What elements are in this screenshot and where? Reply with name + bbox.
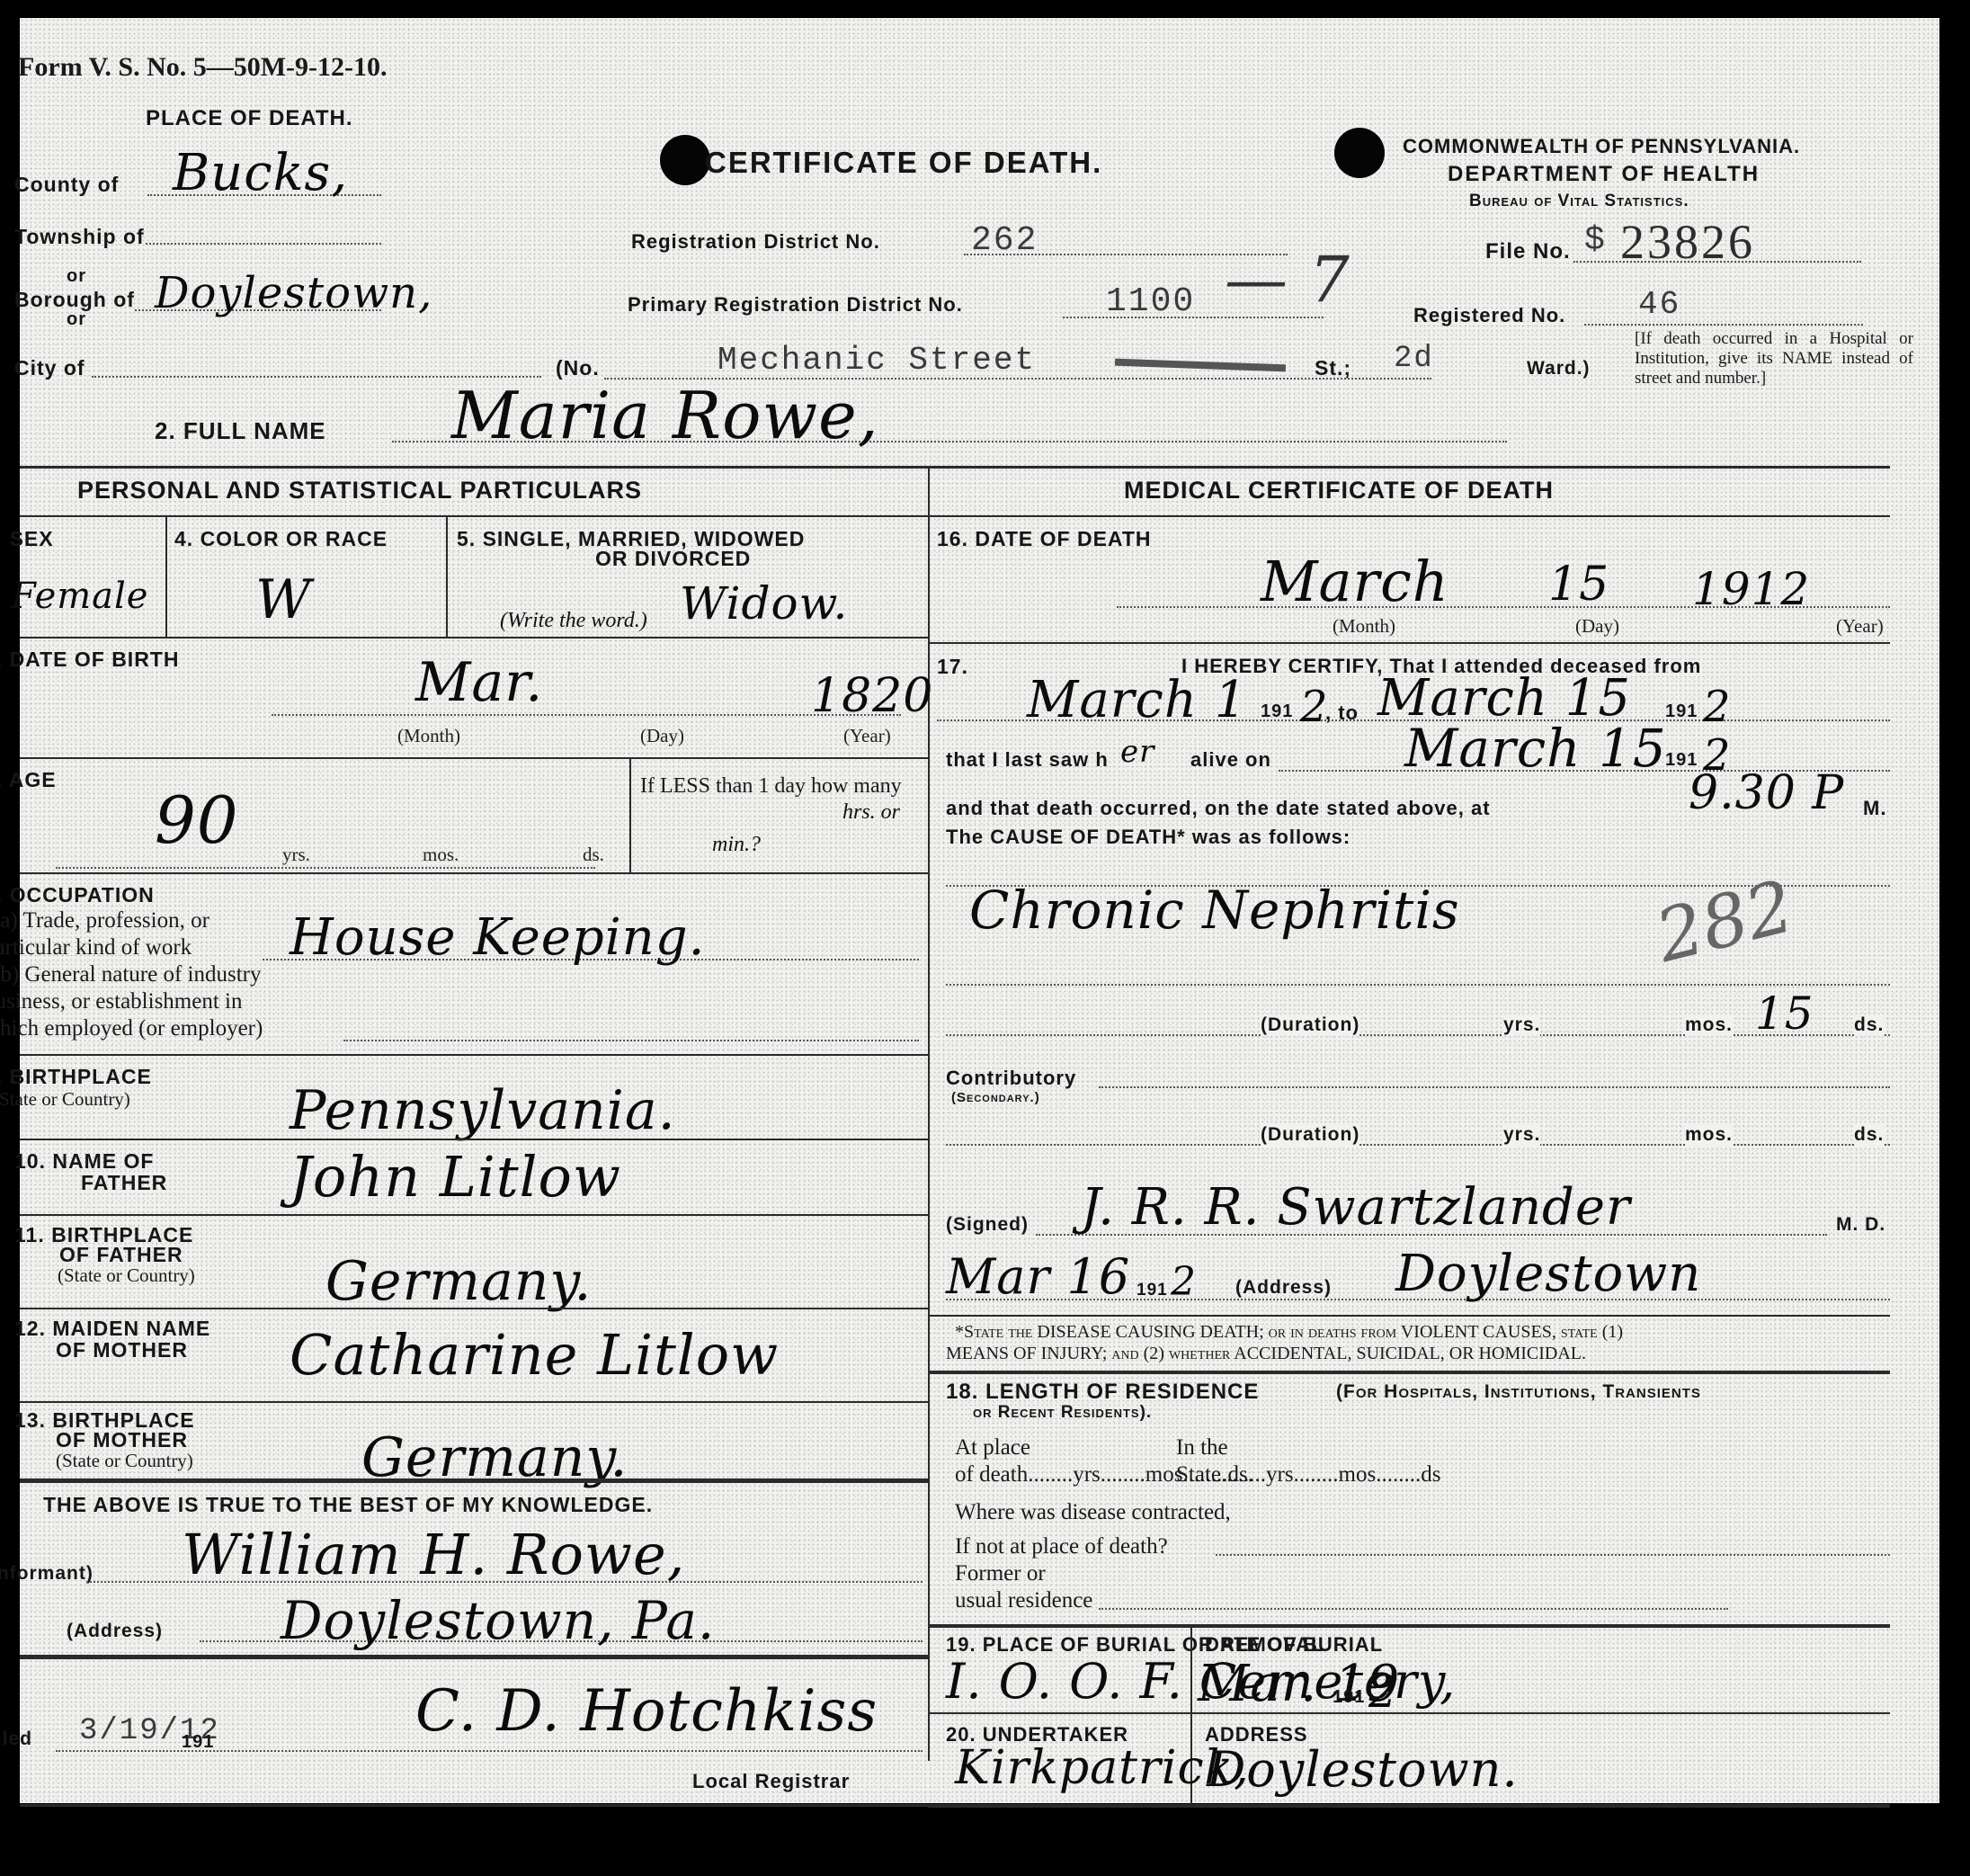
duration-label: (Duration) <box>1261 1014 1359 1036</box>
registration-district-label: Registration District No. <box>631 230 880 254</box>
dod-month: March <box>1261 549 1449 614</box>
age-yrs-label: yrs. <box>282 844 310 866</box>
to-year-digit: 2 <box>1703 682 1732 732</box>
street-value: Mechanic Street <box>718 342 1036 379</box>
contributory-duration-label: (Duration) <box>1261 1124 1359 1146</box>
or-text: or <box>67 309 86 330</box>
birthplace-label: 9. BIRTHPLACE <box>0 1065 152 1089</box>
dob-label: 6. DATE OF BIRTH <box>0 648 179 672</box>
street-no-label: (No. <box>556 356 600 380</box>
hrs-or-label: hrs. or <box>842 800 900 825</box>
contributory-yrs-label: yrs. <box>1503 1124 1540 1146</box>
min-label: min.? <box>712 833 761 857</box>
dod-day-caption: (Day) <box>1575 615 1619 638</box>
primary-district-value: 1100 <box>1106 282 1195 321</box>
occupation-general-line-1: (b) General nature of industry <box>0 962 262 987</box>
contributory-mos-label: mos. <box>1685 1124 1733 1146</box>
contributory-label: Contributory <box>946 1067 1076 1090</box>
county-label: County of <box>14 173 119 197</box>
race-label: 4. COLOR OR RACE <box>174 527 388 551</box>
to-label: , to <box>1325 701 1359 725</box>
certificate-title: CERTIFICATE OF DEATH. <box>705 146 1102 180</box>
marital-hint: (Write the word.) <box>500 609 647 633</box>
cause-code-stamp: 282 <box>1648 864 1802 978</box>
street-st-label: St.; <box>1315 356 1351 380</box>
signed-191: 191 <box>1137 1281 1168 1300</box>
age-ds-label: ds. <box>583 844 604 866</box>
state-line: State........yrs........mos........ds <box>1176 1462 1440 1487</box>
at-place-text: At place <box>955 1435 1030 1461</box>
registrar-signature: C. D. Hotchkiss <box>415 1678 878 1745</box>
registration-district-value: 262 <box>971 221 1038 260</box>
less-than-day-text: If LESS than 1 day how many <box>640 772 919 800</box>
marital-label-2: OR DIVORCED <box>595 547 751 571</box>
or-text: or <box>67 266 86 287</box>
physician-signature: J. R. R. Swartzlander <box>1081 1178 1631 1237</box>
duration-ds-label: ds. <box>1854 1014 1884 1036</box>
burial-191: 191 <box>1333 1687 1365 1708</box>
dob-year: 1820 <box>811 669 933 723</box>
attestation-text: THE ABOVE IS TRUE TO THE BEST OF MY KNOW… <box>43 1493 653 1517</box>
file-no-label: File No. <box>1485 239 1571 264</box>
secondary-label: (Secondary.) <box>951 1090 1040 1105</box>
occupation-trade-line-1: (a) Trade, profession, or <box>0 908 209 934</box>
former-or-text: Former or <box>955 1561 1046 1586</box>
duration-yrs-label: yrs. <box>1503 1014 1540 1036</box>
authority-line-1: COMMONWEALTH OF PENNSYLVANIA. <box>1403 135 1800 158</box>
last-saw-label: that I last saw h <box>946 748 1109 772</box>
father-name-label-2: FATHER <box>81 1171 167 1195</box>
dod-year: 1912 <box>1692 563 1810 615</box>
ward-value: 2d <box>1394 342 1434 376</box>
undertaker-address-value: Doylestown. <box>1207 1741 1519 1798</box>
residence-note-2: or Recent Residents). <box>973 1403 1152 1423</box>
footnote-line-2: MEANS OF INJURY; and (2) whether ACCIDEN… <box>946 1344 1586 1364</box>
filed-label: Filed <box>0 1729 32 1750</box>
ward-label: Ward.) <box>1527 358 1591 380</box>
informant-label: (Informant) <box>0 1563 94 1585</box>
in-the-text: In the <box>1176 1435 1228 1461</box>
occupation-general-line-2: business, or establishment in <box>0 989 242 1014</box>
mother-name-value: Catharine Litlow <box>290 1322 779 1388</box>
father-name-label: 10. NAME OF <box>14 1149 154 1174</box>
physician-address-label: (Address) <box>1235 1277 1332 1299</box>
mother-birthplace-sub: (State or Country) <box>56 1450 193 1472</box>
dob-month: Mar. <box>415 651 543 714</box>
duration-mos-value: 15 <box>1755 987 1814 1040</box>
burial-year-digit: 2 <box>1368 1666 1398 1718</box>
registrar-label: Local Registrar <box>692 1770 850 1793</box>
attended-from-value: March 1 <box>1027 671 1247 729</box>
mother-name-label-2: OF MOTHER <box>56 1338 188 1362</box>
last-saw-date: March 15 <box>1404 718 1667 779</box>
borough-value: Doylestown, <box>155 268 432 318</box>
township-label: Township of <box>14 225 145 249</box>
hospital-note: [If death occurred in a Hospital or Inst… <box>1635 329 1913 389</box>
county-value: Bucks, <box>173 144 348 202</box>
sex-value: Female <box>11 576 148 617</box>
birthplace-sub: (State or Country) <box>0 1088 130 1111</box>
age-mos-label: mos. <box>423 844 459 866</box>
registered-no-value: 46 <box>1638 286 1680 323</box>
informant-address-label: (Address) <box>67 1621 163 1642</box>
duration-mos-label: mos. <box>1685 1014 1733 1036</box>
signed-year-digit: 2 <box>1171 1259 1197 1305</box>
occupation-value: House Keeping. <box>290 908 705 967</box>
informant-value: William H. Rowe, <box>182 1522 685 1587</box>
occupation-label: 8. OCCUPATION <box>0 883 155 907</box>
certify-number: 17. <box>937 655 968 679</box>
city-label: City of <box>14 356 85 380</box>
medical-heading: MEDICAL CERTIFICATE OF DEATH <box>1124 477 1554 505</box>
physician-address-value: Doylestown <box>1395 1245 1701 1303</box>
dod-label: 16. DATE OF DEATH <box>937 527 1152 551</box>
father-birthplace-value: Germany. <box>325 1250 592 1313</box>
full-name-value: Maria Rowe, <box>451 378 879 453</box>
mother-name-label: 12. MAIDEN NAME <box>14 1317 210 1341</box>
cause-text: The CAUSE OF DEATH* was as follows: <box>946 826 1350 849</box>
personal-heading: PERSONAL AND STATISTICAL PARTICULARS <box>77 477 642 505</box>
age-label: 7. AGE <box>0 768 57 792</box>
place-of-death-heading: PLACE OF DEATH. <box>146 106 353 131</box>
sex-label: 3. SEX <box>0 527 54 551</box>
if-not-text: If not at place of death? <box>955 1534 1168 1559</box>
year-caption: (Year) <box>843 725 891 747</box>
occupation-trade-line-2: particular kind of work <box>0 935 192 960</box>
dod-year-caption: (Year) <box>1836 615 1884 638</box>
authority-line-3: Bureau of Vital Statistics. <box>1469 192 1689 211</box>
registered-no-label: Registered No. <box>1413 304 1565 327</box>
md-label: M. D. <box>1836 1214 1885 1236</box>
punch-hole-left <box>660 135 710 185</box>
last-saw-suffix: er <box>1120 734 1154 770</box>
death-occurred-text: and that death occurred, on the date sta… <box>946 797 1491 820</box>
footnote-line-1: *State the DISEASE CAUSING DEATH; or in … <box>955 1322 1623 1343</box>
dod-month-caption: (Month) <box>1333 615 1395 638</box>
day-caption: (Day) <box>640 725 684 747</box>
to-191: 191 <box>1665 701 1698 722</box>
occupation-general-line-3: which employed (or employer) <box>0 1016 263 1041</box>
informant-address-value: Doylestown, Pa. <box>281 1590 715 1651</box>
punch-hole-right <box>1334 128 1385 178</box>
marital-value: Widow. <box>680 577 848 630</box>
residence-label: 18. LENGTH OF RESIDENCE <box>946 1380 1259 1405</box>
race-value: W <box>255 568 312 631</box>
physician-signed-date: Mar 16 <box>946 1248 1130 1305</box>
authority-line-2: DEPARTMENT OF HEALTH <box>1448 162 1760 187</box>
father-birthplace-sub: (State or Country) <box>58 1264 195 1287</box>
dod-day: 15 <box>1548 558 1609 612</box>
month-caption: (Month) <box>397 725 460 747</box>
primary-district-annotation: — 7 <box>1225 243 1350 317</box>
undertaker-value: Kirkpatrick, <box>955 1741 1250 1795</box>
signed-label: (Signed) <box>946 1214 1029 1236</box>
time-of-death-value: 9.30 P <box>1689 766 1844 820</box>
file-no-prefix: $ <box>1584 221 1607 260</box>
father-birthplace-label-2: OF FATHER <box>59 1243 183 1267</box>
birthplace-value: Pennsylvania. <box>290 1079 676 1142</box>
cause-value: Chronic Nephritis <box>969 880 1460 941</box>
form-id: Form V. S. No. 5—50M-9-12-10. <box>18 52 388 83</box>
death-certificate-page: Form V. S. No. 5—50M-9-12-10. PLACE OF D… <box>20 18 1939 1803</box>
father-name-value: John Litlow <box>290 1144 621 1210</box>
alive-on-label: alive on <box>1190 748 1271 772</box>
full-name-label: 2. FULL NAME <box>155 417 326 445</box>
residence-note-1: (For Hospitals, Institutions, Transients <box>1336 1381 1701 1403</box>
from-191: 191 <box>1261 701 1293 722</box>
mother-birthplace-label-2: OF MOTHER <box>56 1428 188 1452</box>
usual-residence-text: usual residence <box>955 1588 1092 1613</box>
time-m-label: M. <box>1863 797 1886 820</box>
primary-district-label: Primary Registration District No. <box>628 293 963 317</box>
burial-date-label: DATE OF BURIAL <box>1205 1633 1383 1657</box>
struck-out-text <box>1115 359 1286 372</box>
from-year-digit: 2 <box>1300 682 1329 732</box>
borough-label: Borough of <box>14 288 135 312</box>
contributory-ds-label: ds. <box>1854 1124 1884 1146</box>
where-contracted-text: Where was disease contracted, <box>955 1500 1231 1525</box>
age-years-value: 90 <box>155 782 239 858</box>
